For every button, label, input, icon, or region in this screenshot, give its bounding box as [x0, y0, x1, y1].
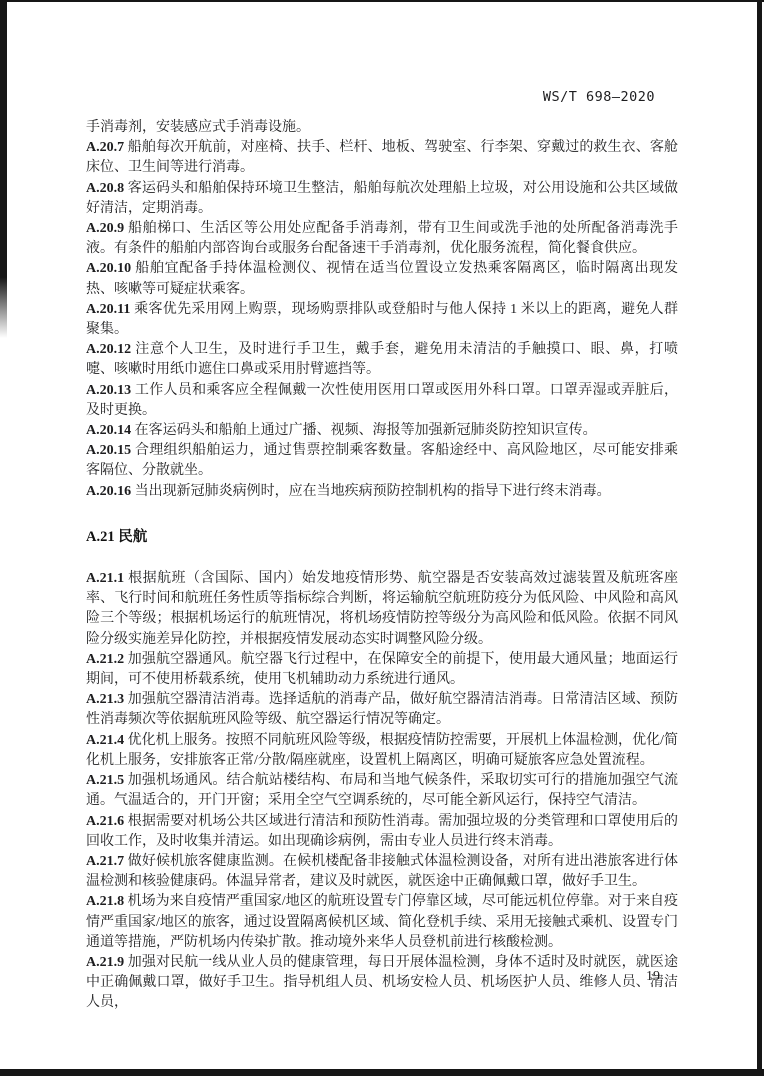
- scan-edge-bottom: [0, 1069, 764, 1076]
- clause-paragraph: A.20.12 注意个人卫生，及时进行手卫生，戴手套，避免用未清洁的手触摸口、眼…: [86, 340, 678, 380]
- section-heading-title: 民航: [118, 529, 147, 545]
- clause-text: 当出现新冠肺炎病例时，应在当地疾病预防控制机构的指导下进行终末消毒。: [131, 484, 611, 499]
- clause-number: A.20.12: [86, 342, 131, 357]
- clause-text: 船舶梯口、生活区等公用处应配备手消毒剂，带有卫生间或洗手池的处所配备消毒洗手液。…: [86, 221, 678, 256]
- clause-paragraph: A.20.13 工作人员和乘客应全程佩戴一次性使用医用口罩或医用外科口罩。口罩弄…: [86, 381, 678, 421]
- clause-number: A.20.14: [86, 423, 131, 438]
- clause-paragraph: A.21.6 根据需要对机场公共区域进行清洁和预防性消毒。需加强垃圾的分类管理和…: [86, 812, 678, 852]
- clause-number: A.21.6: [86, 814, 124, 829]
- clause-number: A.21.2: [86, 652, 124, 667]
- clause-text: 船舶每次开航前，对座椅、扶手、栏杆、地板、驾驶室、行李架、穿戴过的救生衣、客舱床…: [86, 140, 678, 175]
- clause-number: A.20.11: [86, 302, 130, 317]
- clause-text: 船舶宜配备手持体温检测仪、视情在适当位置设立发热乘客隔离区，临时隔离出现发热、咳…: [86, 261, 678, 296]
- clause-text: 做好候机旅客健康监测。在候机楼配备非接触式体温检测设备，对所有进出港旅客进行体温…: [86, 854, 678, 889]
- clause-paragraph: A.21.5 加强机场通风。结合航站楼结构、布局和当地气候条件，采取切实可行的措…: [86, 771, 678, 811]
- clause-text: 根据航班（含国际、国内）始发地疫情形势、航空器是否安装高效过滤装置及航班客座率、…: [86, 571, 678, 647]
- scan-edge-left: [0, 0, 7, 338]
- continuation-paragraph: 手消毒剂，安装感应式手消毒设施。: [86, 118, 678, 138]
- clause-number: A.20.16: [86, 484, 131, 499]
- clause-number: A.21.3: [86, 692, 124, 707]
- clause-text: 加强航空器清洁消毒。选择适航的消毒产品，做好航空器清洁消毒。日常清洁区域、预防性…: [86, 692, 678, 727]
- scan-edge-top: [0, 0, 764, 2]
- clause-text: 注意个人卫生，及时进行手卫生，戴手套，避免用未清洁的手触摸口、眼、鼻，打喷嚏、咳…: [86, 342, 678, 377]
- clause-text: 加强机场通风。结合航站楼结构、布局和当地气候条件，采取切实可行的措施加强空气流通…: [86, 773, 678, 808]
- section-heading-number: A.21: [86, 529, 115, 545]
- clause-number: A.20.9: [86, 221, 124, 236]
- clause-number: A.20.13: [86, 383, 131, 398]
- clause-paragraph: A.20.9 船舶梯口、生活区等公用处应配备手消毒剂，带有卫生间或洗手池的处所配…: [86, 219, 678, 259]
- clause-paragraph: A.20.7 船舶每次开航前，对座椅、扶手、栏杆、地板、驾驶室、行李架、穿戴过的…: [86, 138, 678, 178]
- section-heading-a21: A.21 民航: [86, 527, 678, 547]
- clause-text: 乘客优先采用网上购票，现场购票排队或登船时与他人保持 1 米以上的距离，避免人群…: [86, 302, 678, 337]
- clause-number: A.21.8: [86, 894, 124, 909]
- clause-number: A.21.4: [86, 733, 124, 748]
- section-a20-clauses: A.20.7 船舶每次开航前，对座椅、扶手、栏杆、地板、驾驶室、行李架、穿戴过的…: [86, 138, 678, 502]
- clause-paragraph: A.20.15 合理组织船舶运力，通过售票控制乘客数量。客船途经中、高风险地区，…: [86, 441, 678, 481]
- clause-text: 加强对民航一线从业人员的健康管理，每日开展体温检测，身体不适时及时就医，就医途中…: [86, 955, 678, 1010]
- clause-paragraph: A.21.7 做好候机旅客健康监测。在候机楼配备非接触式体温检测设备，对所有进出…: [86, 852, 678, 892]
- clause-paragraph: A.20.10 船舶宜配备手持体温检测仪、视情在适当位置设立发热乘客隔离区，临时…: [86, 259, 678, 299]
- clause-paragraph: A.20.8 客运码头和船舶保持环境卫生整洁，船舶每航次处理船上垃圾，对公用设施…: [86, 179, 678, 219]
- clause-number: A.21.9: [86, 955, 124, 970]
- clause-number: A.20.8: [86, 181, 124, 196]
- clause-paragraph: A.21.9 加强对民航一线从业人员的健康管理，每日开展体温检测，身体不适时及时…: [86, 953, 678, 1014]
- clause-text: 加强航空器通风。航空器飞行过程中，在保障安全的前提下，使用最大通风量；地面运行期…: [86, 652, 678, 687]
- clause-paragraph: A.20.16 当出现新冠肺炎病例时，应在当地疾病预防控制机构的指导下进行终末消…: [86, 482, 678, 502]
- clause-text: 优化机上服务。按照不同航班风险等级，根据疫情防控需要，开展机上体温检测，优化/简…: [86, 733, 678, 768]
- clause-text: 在客运码头和船舶上通过广播、视频、海报等加强新冠肺炎防控知识宣传。: [131, 423, 597, 438]
- clause-number: A.21.7: [86, 854, 124, 869]
- clause-number: A.21.1: [86, 571, 124, 586]
- clause-text: 根据需要对机场公共区域进行清洁和预防性消毒。需加强垃圾的分类管理和口罩使用后的回…: [86, 814, 678, 849]
- clause-number: A.21.5: [86, 773, 124, 788]
- clause-number: A.20.10: [86, 261, 131, 276]
- clause-number: A.20.15: [86, 443, 131, 458]
- clause-text: 客运码头和船舶保持环境卫生整洁，船舶每航次处理船上垃圾，对公用设施和公共区域做好…: [86, 181, 678, 216]
- clause-paragraph: A.20.11 乘客优先采用网上购票，现场购票排队或登船时与他人保持 1 米以上…: [86, 300, 678, 340]
- clause-paragraph: A.21.4 优化机上服务。按照不同航班风险等级，根据疫情防控需要，开展机上体温…: [86, 731, 678, 771]
- clause-paragraph: A.21.1 根据航班（含国际、国内）始发地疫情形势、航空器是否安装高效过滤装置…: [86, 569, 678, 650]
- document-body: 手消毒剂，安装感应式手消毒设施。 A.20.7 船舶每次开航前，对座椅、扶手、栏…: [86, 118, 678, 1014]
- clause-number: A.20.7: [86, 140, 124, 155]
- clause-text: 合理组织船舶运力，通过售票控制乘客数量。客船途经中、高风险地区，尽可能安排乘客隔…: [86, 443, 678, 478]
- clause-paragraph: A.20.14 在客运码头和船舶上通过广播、视频、海报等加强新冠肺炎防控知识宣传…: [86, 421, 678, 441]
- section-a21-clauses: A.21.1 根据航班（含国际、国内）始发地疫情形势、航空器是否安装高效过滤装置…: [86, 569, 678, 1013]
- page-number: 19: [646, 969, 660, 985]
- clause-text: 工作人员和乘客应全程佩戴一次性使用医用口罩或医用外科口罩。口罩弄湿或弄脏后，及时…: [86, 383, 678, 418]
- clause-paragraph: A.21.2 加强航空器通风。航空器飞行过程中，在保障安全的前提下，使用最大通风…: [86, 650, 678, 690]
- clause-paragraph: A.21.3 加强航空器清洁消毒。选择适航的消毒产品，做好航空器清洁消毒。日常清…: [86, 690, 678, 730]
- scan-edge-right: [757, 0, 762, 1076]
- clause-text: 机场为来自疫情严重国家/地区的航班设置专门停靠区域，尽可能远机位停靠。对于来自疫…: [86, 894, 678, 949]
- clause-paragraph: A.21.8 机场为来自疫情严重国家/地区的航班设置专门停靠区域，尽可能远机位停…: [86, 892, 678, 953]
- doc-standard-number: WS/T 698—2020: [543, 89, 655, 105]
